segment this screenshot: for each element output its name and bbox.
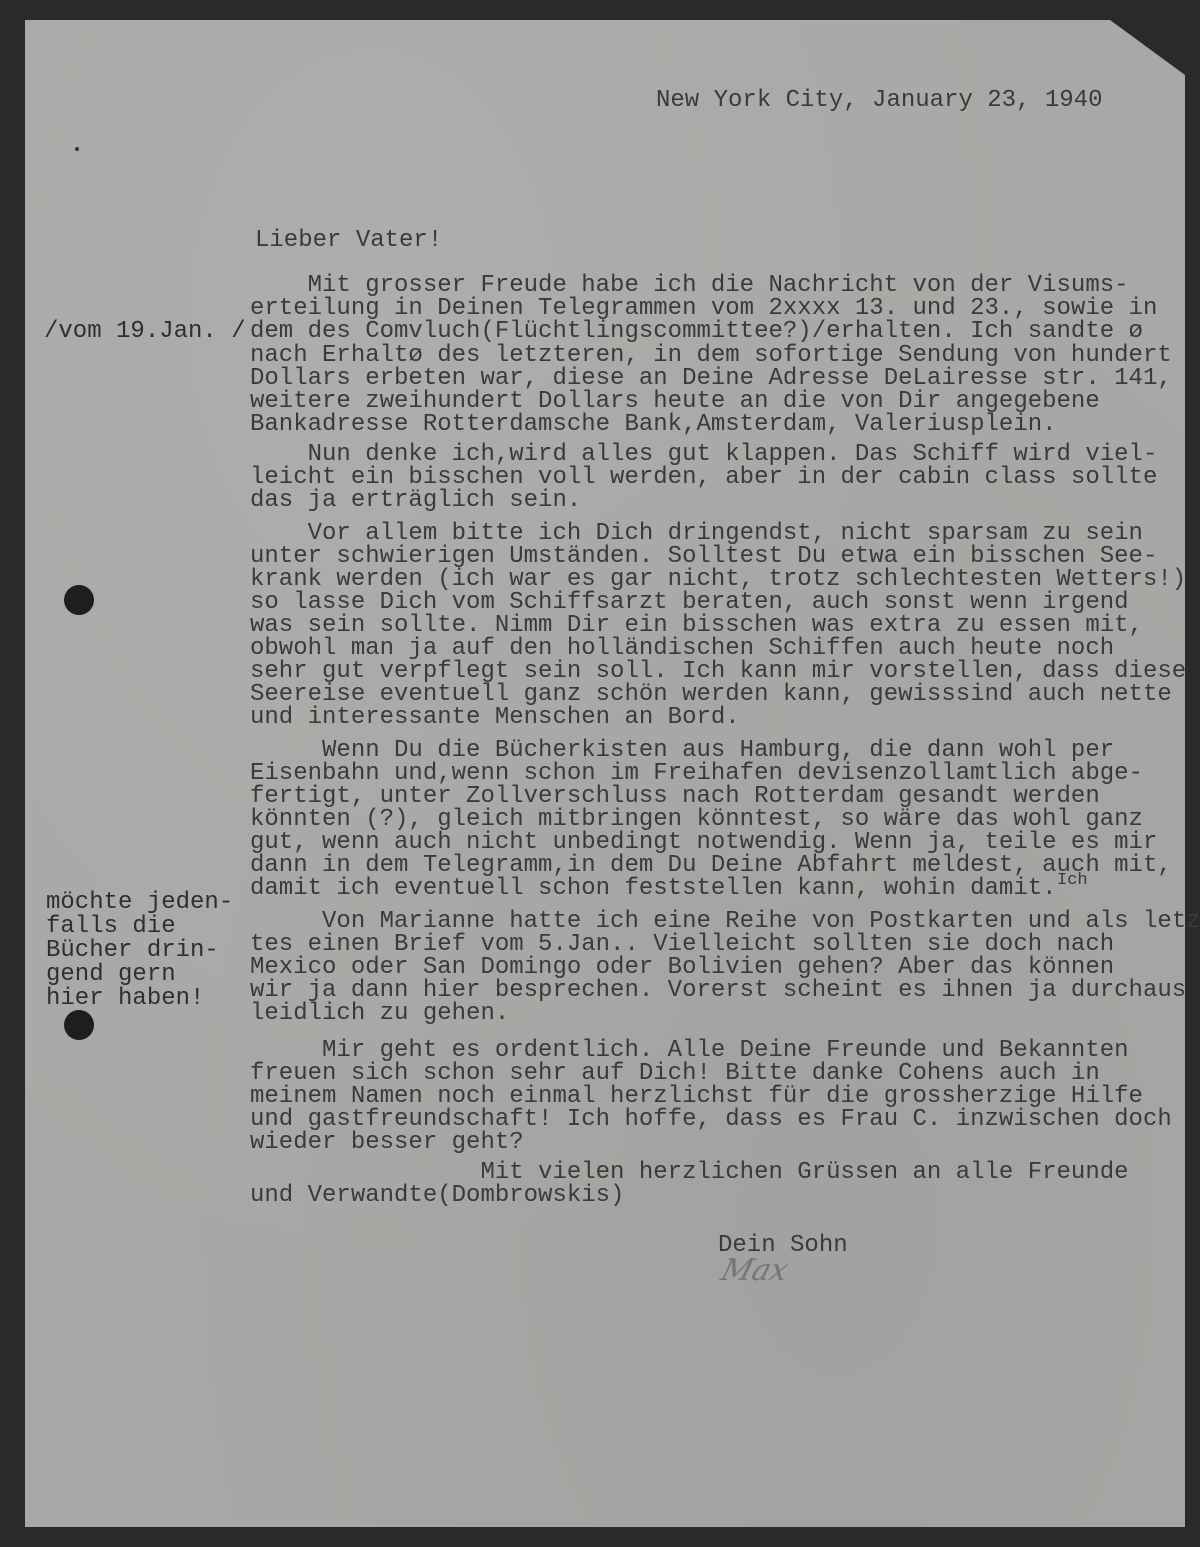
margin-note-line: möchte jeden-	[46, 891, 233, 915]
body-line: damit ich eventuell schon feststellen ka…	[250, 877, 1057, 901]
body-line: leidlich zu gehen.	[250, 1002, 509, 1026]
body-line: wieder besser geht?	[250, 1131, 524, 1155]
body-line: das ja erträglich sein.	[250, 489, 581, 513]
paper-speck	[75, 147, 79, 151]
margin-note-line: gend gern	[46, 963, 176, 987]
body-line: dem des Comvluch(Flüchtlingscommittee?)/…	[250, 320, 1143, 344]
bleed-through-text-top	[325, 10, 348, 70]
margin-note-line: falls die	[46, 915, 176, 939]
punch-hole-top	[64, 585, 94, 615]
typed-insert: Ich	[1057, 872, 1088, 889]
handwritten-signature: Max	[717, 1253, 792, 1288]
margin-note-line: hier haben!	[46, 987, 204, 1011]
place-date: New York City, January 23, 1940	[656, 89, 1102, 113]
punch-hole-bottom	[64, 1010, 94, 1040]
margin-note-line: Bücher drin-	[46, 939, 219, 963]
closing-line: und Verwandte(Dombrowskis)	[250, 1184, 624, 1208]
body-line: Bankadresse Rotterdamsche Bank,Amsterdam…	[250, 413, 1057, 437]
body-line: und interessante Menschen an Bord.	[250, 706, 740, 730]
salutation: Lieber Vater!	[255, 229, 442, 253]
margin-note-date: /vom 19.Jan. /	[44, 320, 246, 344]
